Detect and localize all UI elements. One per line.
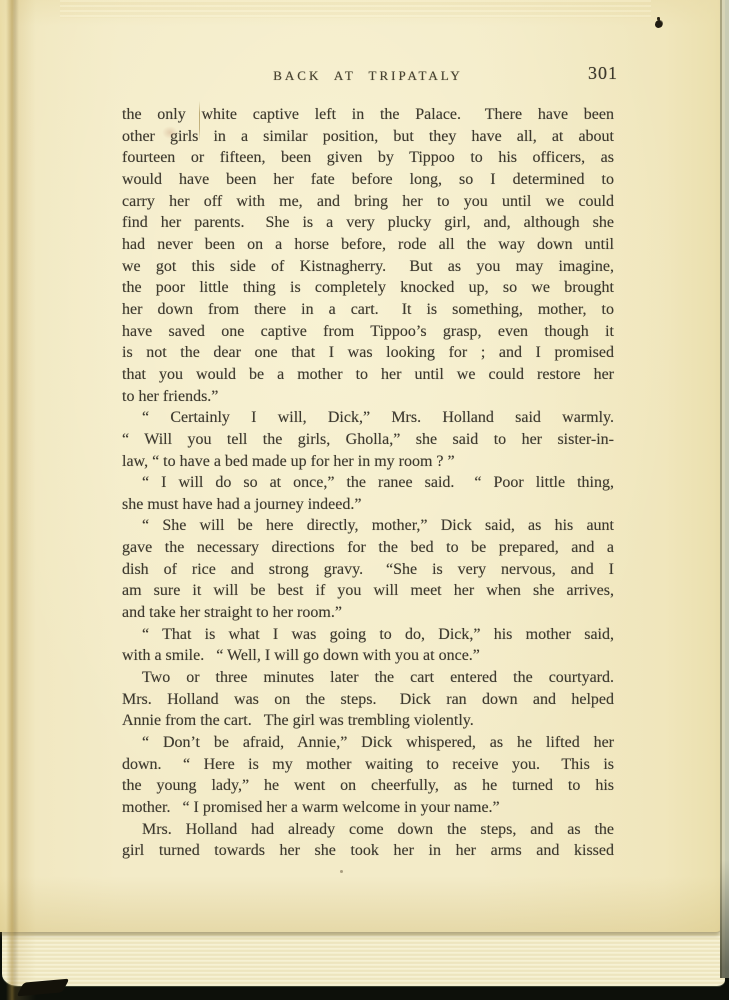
text-line: find her parents. She is a very plucky g… <box>122 212 614 234</box>
text-line: mother. “ I promised her a warm welcome … <box>122 797 614 819</box>
text-line: she must have had a journey indeed.” <box>122 494 614 516</box>
page-number: 301 <box>588 63 618 84</box>
text-line: with a smile. “ Well, I will go down wit… <box>122 645 614 667</box>
text-line: “ Don’t be afraid, Annie,” Dick whispere… <box>122 732 614 754</box>
text-line: law, “ to have a bed made up for her in … <box>122 451 614 473</box>
text-line: gave the necessary directions for the be… <box>122 537 614 559</box>
text-line: Annie from the cart. The girl was trembl… <box>122 710 614 732</box>
text-line: carry her off with me, and bring her to … <box>122 191 614 213</box>
text-line: “ She will be here directly, mother,” Di… <box>122 515 614 537</box>
text-line: “ That is what I was going to do, Dick,”… <box>122 624 614 646</box>
text-line: the only white captive left in the Palac… <box>122 104 614 126</box>
text-line: that you would be a mother to her until … <box>122 364 614 386</box>
text-line: Mrs. Holland was on the steps. Dick ran … <box>122 689 614 711</box>
text-line: her down from there in a cart. It is som… <box>122 299 614 321</box>
text-line: the poor little thing is completely knoc… <box>122 277 614 299</box>
text-line: is not the dear one that I was looking f… <box>122 342 614 364</box>
text-line: had never been on a horse before, rode a… <box>122 234 614 256</box>
text-line: dish of rice and strong gravy. “She is v… <box>122 559 614 581</box>
text-line: “ Certainly I will, Dick,” Mrs. Holland … <box>122 407 614 429</box>
text-line: the young lady,” he went on cheerfully, … <box>122 775 614 797</box>
book-page: BACK AT TRIPATALY 301 the only white cap… <box>0 0 721 932</box>
text-line: would have been her fate before long, so… <box>122 169 614 191</box>
paper-stain <box>162 126 178 139</box>
text-line: to her friends.” <box>122 386 614 408</box>
page-text: the only white captive left in the Palac… <box>122 104 614 862</box>
text-line: down. “ Here is my mother waiting to rec… <box>122 754 614 776</box>
book-photo: { "document": { "header": { "title": "BA… <box>0 0 729 1000</box>
text-line: am sure it will be best if you will meet… <box>122 580 614 602</box>
text-line: girl turned towards her she took her in … <box>122 840 614 862</box>
text-line: “ Will you tell the girls, Gholla,” she … <box>122 429 614 451</box>
chapter-header: BACK AT TRIPATALY <box>122 68 614 84</box>
text-line: Two or three minutes later the cart ente… <box>122 667 614 689</box>
text-line: “ I will do so at once,” the ranee said.… <box>122 472 614 494</box>
running-header: BACK AT TRIPATALY 301 <box>122 66 614 84</box>
ink-spot <box>655 20 663 28</box>
text-line: fourteen or fifteen, been given by Tippo… <box>122 147 614 169</box>
text-line: other girls in a similar position, but t… <box>122 126 614 148</box>
right-page-edge <box>720 0 729 978</box>
text-line: we got this side of Kistnagherry. But as… <box>122 256 614 278</box>
text-line: and take her straight to her room.” <box>122 602 614 624</box>
page-edge-stack <box>2 928 725 986</box>
text-line: have saved one captive from Tippoo’s gra… <box>122 321 614 343</box>
paper-scratch <box>199 101 200 141</box>
paper-speck <box>340 870 343 873</box>
text-line: Mrs. Holland had already come down the s… <box>122 819 614 841</box>
